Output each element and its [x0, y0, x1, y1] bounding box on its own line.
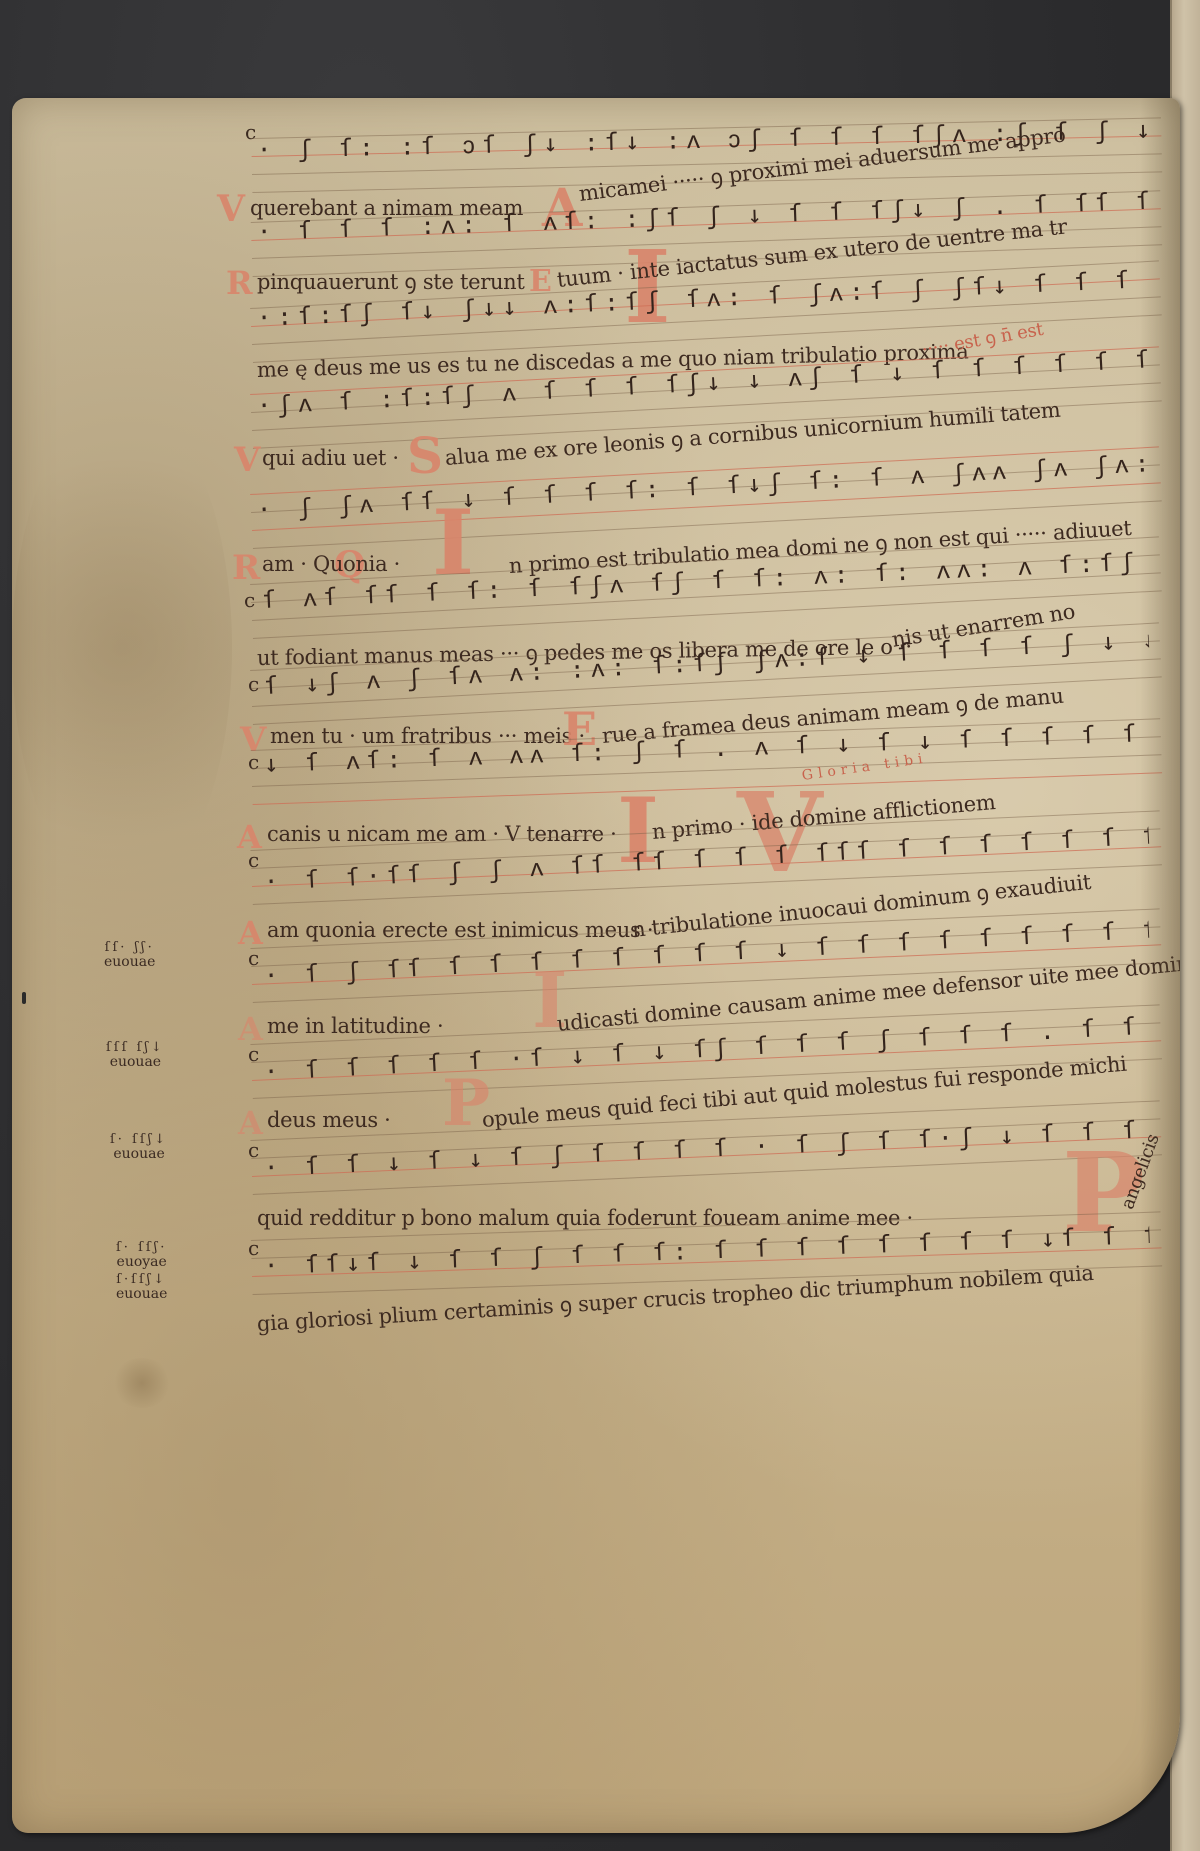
margin-label: euoyae	[116, 1255, 167, 1270]
rubric-initial: V	[217, 188, 245, 230]
parchment-stain	[112, 1358, 172, 1408]
rubric-initial: S	[407, 426, 443, 485]
rubric-initial: A	[238, 1104, 263, 1142]
margin-label: euouae	[110, 1147, 168, 1162]
margin-neumes: ſſ· ʃʃ·	[104, 940, 155, 955]
manuscript-folio: c · ʃ ſ: :ſ ↄſ ʃ↓ :ſ↓ :ᴧ ↄʃ ſ ſ ſ ſʃᴧ :ʃ…	[12, 98, 1180, 1833]
margin-differentia-2: ſſſ ſʃ↓ euouae	[106, 1040, 165, 1070]
margin-differentia-5: ſ·ſſʃ↓ euouae	[116, 1272, 167, 1302]
binding-mark	[22, 992, 26, 1004]
margin-neumes: ſ·ſſʃ↓	[116, 1272, 167, 1287]
margin-label: euouae	[116, 1287, 167, 1302]
margin-neumes: ſ· ſſʃ·	[116, 1240, 167, 1255]
margin-label: euouae	[104, 955, 155, 970]
rubric-initial: V	[234, 440, 260, 480]
margin-differentia-3: ſ· ſſʃ↓ euouae	[110, 1132, 168, 1162]
margin-differentia-4: ſ· ſſʃ· euoyae	[116, 1240, 167, 1270]
margin-neumes: ſſſ ſʃ↓	[106, 1040, 165, 1055]
margin-neumes: ſ· ſſʃ↓	[110, 1132, 168, 1147]
margin-label: euouae	[106, 1055, 165, 1070]
rubric-initial: R	[226, 264, 253, 302]
rubric-initial: R	[232, 548, 260, 588]
parchment-stain	[12, 398, 232, 898]
margin-differentia-1: ſſ· ʃʃ· euouae	[104, 940, 155, 970]
